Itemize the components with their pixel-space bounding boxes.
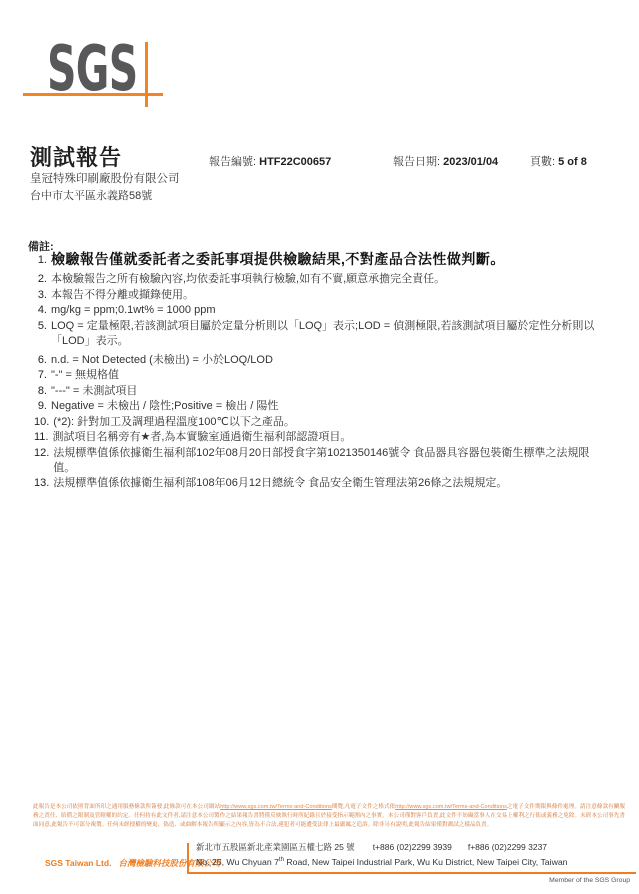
footer-company-en: SGS Taiwan Ltd. [45, 858, 111, 868]
footer-phone: t+886 (02)2299 3939 [373, 841, 452, 854]
page-count-label: 頁數: [530, 156, 555, 168]
client-address: 台中市太平區永義路58號 [30, 187, 152, 203]
terms-disclaimer: 此報告是本公司依照背面所印之通用服務條款所簽發,此條款可在本公司網站http:/… [33, 803, 625, 830]
note-number: 6. [34, 353, 51, 368]
note-text: 本檢驗報告之所有檢驗內容,均依委託事項執行檢驗,如有不實,願意承擔完全責任。 [51, 272, 602, 287]
note-text: 本報告不得分離或擷錄使用。 [51, 288, 602, 303]
note-text: (*2): 針對加工及調理過程溫度100℃以下之產品。 [53, 415, 602, 430]
footer-address-zh: 新北市五股區新北產業園區五權七路 25 號 [196, 841, 355, 854]
note-text: 法規標準值係依據衛生福利部108年06月12日總統令 食品安全衛生管理法第26條… [53, 476, 602, 491]
page-count: 頁數: 5 of 8 [530, 153, 587, 169]
note-number: 3. [34, 288, 51, 303]
logo-horizontal-line [23, 93, 163, 96]
list-item: 8. "---" = 未測試項目 [34, 384, 602, 399]
footer-rule-line [187, 872, 636, 874]
note-text: mg/kg = ppm;0.1wt% = 1000 ppm [51, 303, 602, 318]
note-text: Negative = 未檢出 / 陰性;Positive = 檢出 / 陽性 [51, 399, 602, 414]
list-item: 7. "-" = 無規格值 [34, 368, 602, 383]
list-item: 6. n.d. = Not Detected (未檢出) = 小於LOQ/LOD [34, 353, 602, 368]
sgs-logo: SGS [47, 41, 138, 97]
note-number: 2. [34, 272, 51, 287]
list-item: 2. 本檢驗報告之所有檢驗內容,均依委託事項執行檢驗,如有不實,願意承擔完全責任… [34, 272, 602, 287]
client-name: 皇冠特殊印刷廠股份有限公司 [30, 170, 180, 186]
report-number-label: 報告編號: [209, 156, 256, 168]
note-text: "-" = 無規格值 [51, 368, 602, 383]
note-number: 9. [34, 399, 51, 414]
note-number: 7. [34, 368, 51, 383]
page-title: 測試報告 [30, 141, 122, 172]
list-item: 11. 測試項目名稱旁有★者,為本實驗室通過衛生福利部認證項目。 [34, 430, 602, 445]
note-text: 檢驗報告僅就委託者之委託事項提供檢驗結果,不對產品合法性做判斷。 [51, 251, 602, 268]
note-text: LOQ = 定量極限,若該測試項目屬於定量分析則以「LOQ」表示;LOD = 偵… [51, 319, 602, 349]
list-item: 5. LOQ = 定量極限,若該測試項目屬於定量分析則以「LOQ」表示;LOD … [34, 319, 602, 349]
terms-link[interactable]: http://www.sgs.com.tw/Terms-and-Conditio… [395, 804, 507, 810]
list-item: 12. 法規標準值係依據衛生福利部102年08月20日部授食字第10213501… [34, 446, 602, 476]
footer-address-block: 新北市五股區新北產業園區五權七路 25 號 t+886 (02)2299 393… [196, 841, 630, 869]
report-number-value: HTF22C00657 [259, 156, 331, 168]
page-count-value: 5 of 8 [558, 156, 587, 168]
footer-divider-line [187, 843, 189, 873]
list-item: 4. mg/kg = ppm;0.1wt% = 1000 ppm [34, 303, 602, 318]
footer-address-zh-row: 新北市五股區新北產業園區五權七路 25 號 t+886 (02)2299 393… [196, 841, 630, 854]
list-item: 3. 本報告不得分離或擷錄使用。 [34, 288, 602, 303]
list-item: 9. Negative = 未檢出 / 陰性;Positive = 檢出 / 陽… [34, 399, 602, 414]
note-number: 5. [34, 319, 51, 349]
footer-fax: f+886 (02)2299 3237 [468, 841, 547, 854]
report-number: 報告編號: HTF22C00657 [209, 153, 331, 169]
footer-address-en: Road, New Taipei Industrial Park, Wu Ku … [284, 857, 568, 867]
report-page: SGS 測試報告 報告編號: HTF22C00657 報告日期: 2023/01… [0, 0, 639, 894]
report-date: 報告日期: 2023/01/04 [393, 153, 498, 169]
note-number: 1. [34, 251, 51, 268]
list-item: 1. 檢驗報告僅就委託者之委託事項提供檢驗結果,不對產品合法性做判斷。 [34, 251, 602, 268]
terms-link[interactable]: http://www.sgs.com.tw/Terms-and-Conditio… [220, 804, 332, 810]
footer-company: SGS Taiwan Ltd.台灣檢驗科技股份有限公司 [45, 853, 220, 871]
report-date-value: 2023/01/04 [443, 156, 498, 168]
footer-address-en: No. 25, Wu Chyuan 7 [196, 857, 279, 867]
note-number: 11. [34, 430, 52, 445]
report-date-label: 報告日期: [393, 156, 440, 168]
note-number: 10. [34, 415, 53, 430]
sgs-group-note: Member of the SGS Group [187, 877, 630, 884]
footer-address-en-row: No. 25, Wu Chyuan 7th Road, New Taipei I… [196, 854, 630, 869]
disclaimer-text: 閱覽,凡電子文件之格式依 [332, 804, 395, 810]
note-number: 13. [34, 476, 53, 491]
list-item: 13. 法規標準值係依據衛生福利部108年06月12日總統令 食品安全衛生管理法… [34, 476, 602, 491]
note-number: 8. [34, 384, 51, 399]
disclaimer-text: 此報告是本公司依照背面所印之通用服務條款所簽發,此條款可在本公司網站 [33, 804, 220, 810]
note-number: 4. [34, 303, 51, 318]
note-text: 法規標準值係依據衛生福利部102年08月20日部授食字第1021350146號令… [53, 446, 602, 476]
note-number: 12. [34, 446, 53, 476]
note-text: n.d. = Not Detected (未檢出) = 小於LOQ/LOD [51, 353, 602, 368]
logo-vertical-line [145, 42, 148, 107]
notes-list: 1. 檢驗報告僅就委託者之委託事項提供檢驗結果,不對產品合法性做判斷。 2. 本… [34, 250, 602, 492]
list-item: 10. (*2): 針對加工及調理過程溫度100℃以下之產品。 [34, 415, 602, 430]
note-text: 測試項目名稱旁有★者,為本實驗室通過衛生福利部認證項目。 [52, 430, 602, 445]
note-text: "---" = 未測試項目 [51, 384, 602, 399]
